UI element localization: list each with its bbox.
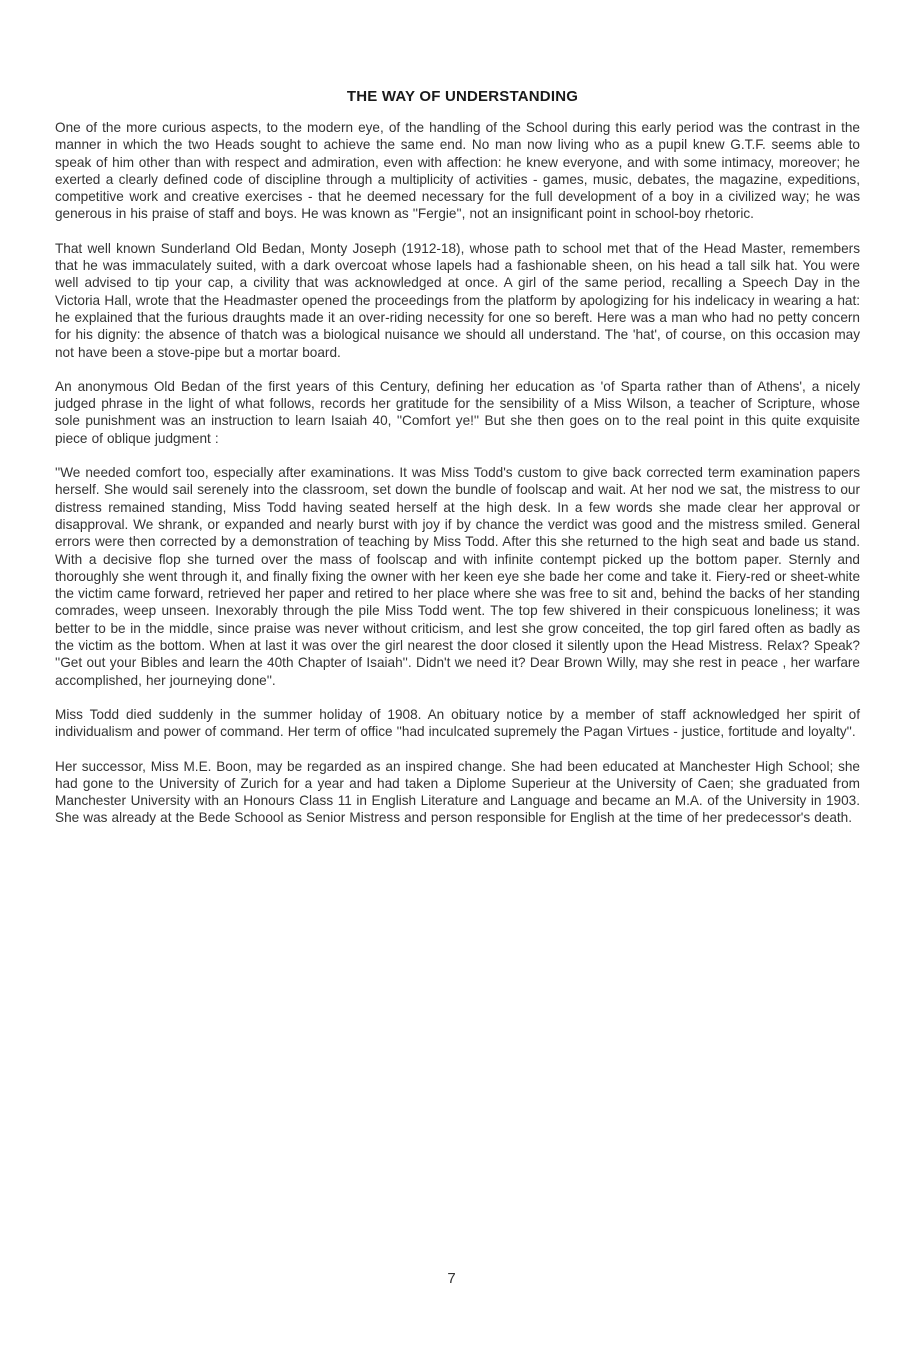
paragraph-monty-joseph: That well known Sunderland Old Bedan, Mo… <box>55 240 860 361</box>
page-title: THE WAY OF UNDERSTANDING <box>55 88 860 105</box>
paragraph-anonymous-bedan: An anonymous Old Bedan of the first year… <box>55 378 860 447</box>
paragraph-todd-death: Miss Todd died suddenly in the summer ho… <box>55 706 860 741</box>
paragraph-quote-miss-todd: ''We needed comfort too, especially afte… <box>55 464 860 689</box>
paragraph-miss-boon: Her successor, Miss M.E. Boon, may be re… <box>55 758 860 827</box>
paragraph-gtf: One of the more curious aspects, to the … <box>55 119 860 223</box>
page-number: 7 <box>0 1270 903 1287</box>
document-page: THE WAY OF UNDERSTANDING One of the more… <box>55 88 860 844</box>
